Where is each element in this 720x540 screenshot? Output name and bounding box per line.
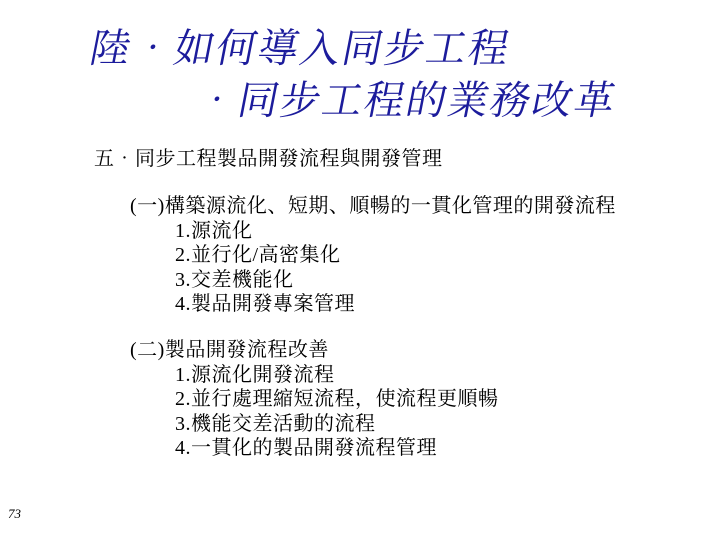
section-one-label: (一)構築源流化、短期、順暢的一貫化管理的開發流程 (130, 194, 616, 219)
list-item: 4.製品開發專案管理 (175, 292, 616, 317)
page-number: 73 (8, 506, 21, 522)
list-item: 4.一貫化的製品開發流程管理 (175, 436, 499, 461)
list-item: 3.交差機能化 (175, 268, 616, 293)
slide-title-line-1: 陸‧如何導入同步工程 (86, 26, 515, 72)
list-item: 1.源流化 (175, 219, 616, 244)
section-heading: 五‧同步工程製品開發流程與開發管理 (94, 142, 443, 171)
section-two-label: (二)製品開發流程改善 (130, 338, 499, 363)
section-one: (一)構築源流化、短期、順暢的一貫化管理的開發流程 1.源流化 2.並行化/高密… (130, 194, 616, 317)
list-item: 2.並行化/高密集化 (175, 243, 616, 268)
list-item: 3.機能交差活動的流程 (175, 412, 499, 437)
section-two: (二)製品開發流程改善 1.源流化開發流程 2.並行處理縮短流程，使流程更順暢 … (130, 338, 499, 461)
list-item: 2.並行處理縮短流程，使流程更順暢 (175, 387, 499, 412)
presentation-slide: 陸‧如何導入同步工程 ‧同步工程的業務改革 五‧同步工程製品開發流程與開發管理 … (0, 0, 720, 540)
slide-title-line-2: ‧同步工程的業務改革 (192, 78, 621, 124)
list-item: 1.源流化開發流程 (175, 363, 499, 388)
